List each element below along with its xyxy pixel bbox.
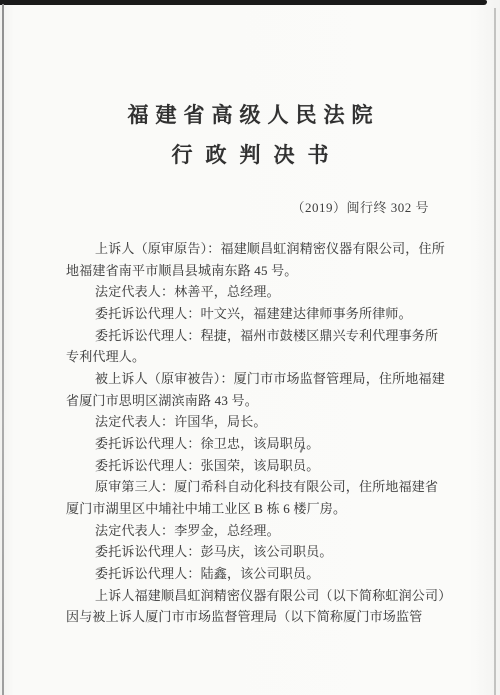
document-type-title: 行政判决书 <box>0 139 500 169</box>
body-line: 委托诉讼代理人：张国荣，该局职员。 <box>66 455 446 477</box>
case-number: （2019）闽行终 302 号 <box>291 197 429 216</box>
body-line: 委托诉讼代理人：陆鑫，该公司职员。 <box>66 563 446 585</box>
body-line: 法定代表人：李罗金，总经理。 <box>66 520 446 542</box>
body-line: 原审第三人：厦门希科自动化科技有限公司，住所地福建省 <box>66 476 446 498</box>
body-line: 委托诉讼代理人：程捷，福州市鼓楼区鼎兴专利代理事务所 <box>66 325 446 347</box>
body-line: 被上诉人（原审被告）：厦门市市场监督管理局，住所地福建 <box>66 368 446 390</box>
body-line: 上诉人（原审原告）：福建顺昌虹润精密仪器有限公司，住所 <box>66 238 446 260</box>
body-line: 委托诉讼代理人：叶文兴，福建建达律师事务所律师。 <box>66 303 446 325</box>
body-line: 法定代表人：许国华，局长。 <box>66 411 446 433</box>
scan-edge-top <box>0 0 487 5</box>
body-line: 委托诉讼代理人：彭马庆，该公司职员。 <box>66 541 446 563</box>
body-line: 厦门市湖里区中埔社中埔工业区 B 栋 6 楼厂房。 <box>66 498 446 520</box>
body-line: 委托诉讼代理人：徐卫忠，该局职员。 <box>66 433 446 455</box>
body-line: 省厦门市思明区湖滨南路 43 号。 <box>66 390 446 412</box>
body-line: 因与被上诉人厦门市市场监督管理局（以下简称厦门市场监管 <box>66 606 446 628</box>
judgment-body: 上诉人（原审原告）：福建顺昌虹润精密仪器有限公司，住所地福建省南平市顺昌县城南东… <box>66 238 446 628</box>
scanned-judgment-page: 福建省高级人民法院 行政判决书 （2019）闽行终 302 号 上诉人（原审原告… <box>0 0 500 695</box>
body-line: 法定代表人：林善平，总经理。 <box>66 281 446 303</box>
body-line: 专利代理人。 <box>66 346 446 368</box>
court-name-heading: 福建省高级人民法院 <box>0 99 500 129</box>
body-line: 上诉人福建顺昌虹润精密仪器有限公司（以下简称虹润公司） <box>66 585 446 607</box>
body-line: 地福建省南平市顺昌县城南东路 45 号。 <box>66 260 446 282</box>
